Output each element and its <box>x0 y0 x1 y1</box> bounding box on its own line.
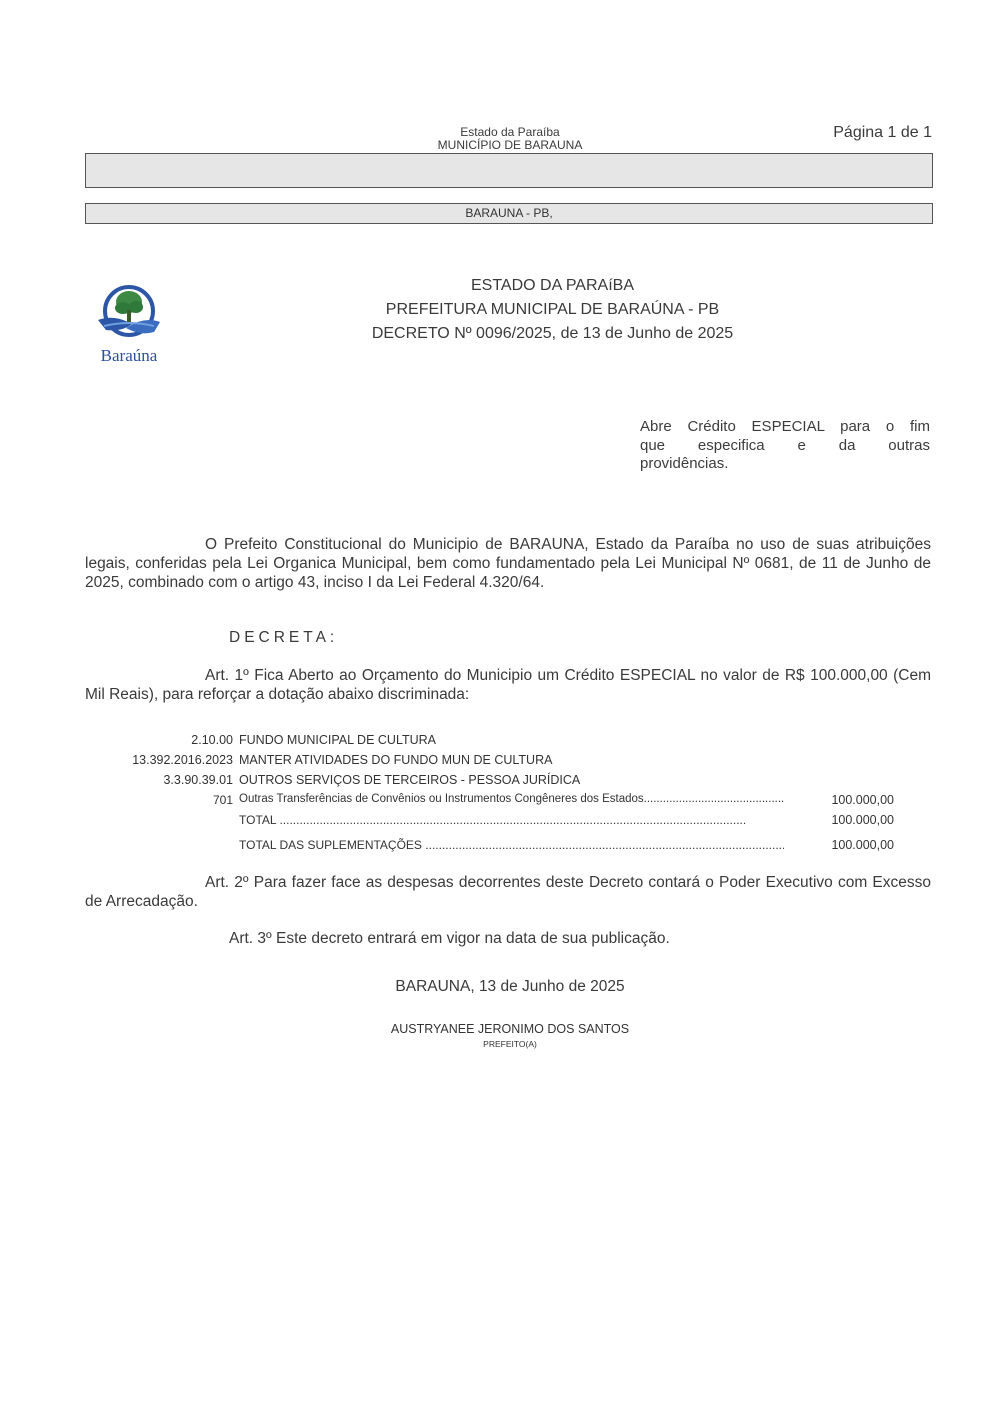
title-state: ESTADO DA PARAíBA <box>300 274 805 298</box>
document-title: ESTADO DA PARAíBA PREFEITURA MUNICIPAL D… <box>300 274 805 346</box>
place-date: BARAUNA, 13 de Junho de 2025 <box>300 978 720 996</box>
grand-total-row: TOTAL DAS SUPLEMENTAÇÕES ...............… <box>239 838 784 852</box>
title-decree-number: DECRETO Nº 0096/2025, de 13 de Junho de … <box>300 322 805 346</box>
crest-icon <box>92 284 166 342</box>
ementa-line-1: Abre Crédito ESPECIAL para o fim <box>640 418 930 437</box>
article-2-text: Art. 2º Para fazer face as despesas deco… <box>85 873 931 911</box>
header-banner-empty <box>85 153 933 188</box>
allocation-code: 3.3.90.39.01 <box>85 773 233 787</box>
total-label: TOTAL <box>239 813 276 827</box>
municipal-logo: Baraúna <box>92 284 166 360</box>
title-prefecture: PREFEITURA MUNICIPAL DE BARAÚNA - PB <box>300 298 805 322</box>
total-amount: 100.000,00 <box>790 813 894 827</box>
source-description: Outras Transferências de Convênios ou In… <box>239 793 784 805</box>
ementa-line-2: que especifica e da outras <box>640 437 930 456</box>
header-municipality: MUNICÍPIO DE BARAUNA <box>380 139 640 152</box>
grand-total-label: TOTAL DAS SUPLEMENTAÇÕES <box>239 838 422 852</box>
source-description-text: Outras Transferências de Convênios ou In… <box>239 793 644 805</box>
allocation-description: MANTER ATIVIDADES DO FUNDO MUN DE CULTUR… <box>239 753 552 767</box>
total-row: TOTAL ..................................… <box>239 813 784 827</box>
article-2: Art. 2º Para fazer face as despesas deco… <box>85 873 931 911</box>
source-code: 701 <box>85 793 233 807</box>
ementa-line-3: providências. <box>640 455 930 474</box>
article-1-text: Art. 1º Fica Aberto ao Orçamento do Muni… <box>85 666 931 704</box>
preamble-text: O Prefeito Constitucional do Municipio d… <box>85 535 931 592</box>
allocation-code: 13.392.2016.2023 <box>85 753 233 767</box>
logo-text: Baraúna <box>92 347 166 365</box>
article-3: Art. 3º Este decreto entrará em vigor na… <box>229 930 670 948</box>
header-banner-location: BARAUNA - PB, <box>85 203 933 224</box>
allocation-description: FUNDO MUNICIPAL DE CULTURA <box>239 733 436 747</box>
header-institution: Estado da Paraíba MUNICÍPIO DE BARAUNA <box>380 126 640 152</box>
preamble: O Prefeito Constitucional do Municipio d… <box>85 535 931 592</box>
source-amount: 100.000,00 <box>790 793 894 807</box>
decreta-heading: DECRETA: <box>229 629 338 647</box>
allocation-description: OUTROS SERVIÇOS DE TERCEIROS - PESSOA JU… <box>239 773 580 787</box>
page-indicator: Página 1 de 1 <box>790 124 932 142</box>
ementa: Abre Crédito ESPECIAL para o fim que esp… <box>640 418 930 474</box>
signatory-role: PREFEITO(A) <box>300 1039 720 1049</box>
signatory-name: AUSTRYANEE JERONIMO DOS SANTOS <box>300 1022 720 1036</box>
grand-total-amount: 100.000,00 <box>790 838 894 852</box>
allocation-code: 2.10.00 <box>85 733 233 747</box>
article-1: Art. 1º Fica Aberto ao Orçamento do Muni… <box>85 666 931 704</box>
